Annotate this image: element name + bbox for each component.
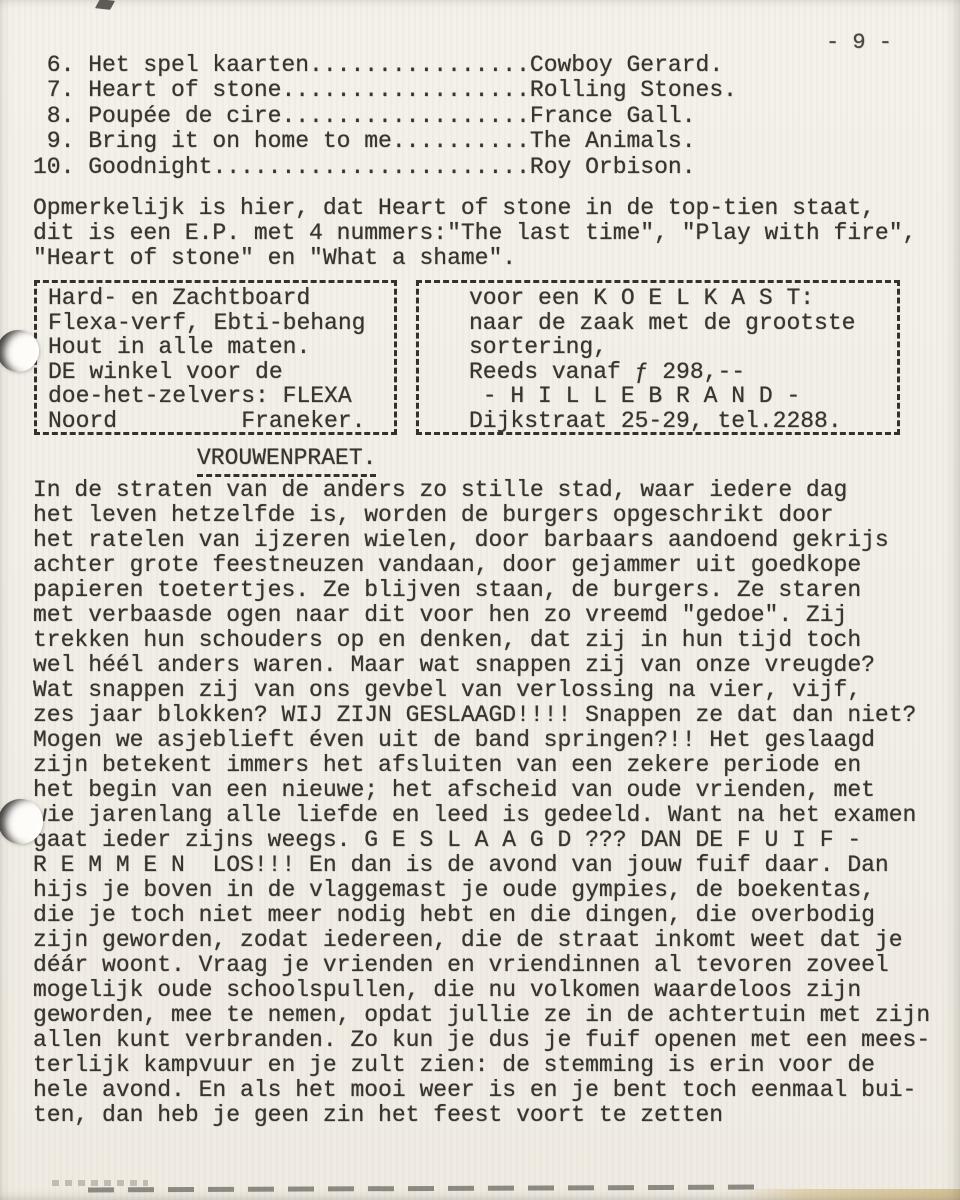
article-line: het ratelen van ijzeren wielen, door bar… bbox=[33, 528, 930, 553]
ad-line: Dijkstraat 25-29, tel.2288. bbox=[469, 409, 897, 434]
bottom-edge-stain bbox=[738, 1189, 960, 1200]
ad-line: Hard- en Zachtboard bbox=[48, 286, 394, 311]
scanned-page: - 9 - 6.Het spel kaarten................… bbox=[0, 0, 960, 1200]
article-body: In de straten van de anders zo stille st… bbox=[33, 478, 930, 1128]
intro-line: "Heart of stone" en "What a shame". bbox=[33, 246, 916, 271]
article-line: trekken hun schouders op en denken, dat … bbox=[33, 628, 930, 653]
ad-line: DE winkel voor de bbox=[48, 360, 394, 385]
song-title: Het spel kaarten bbox=[88, 52, 309, 78]
song-rank: 9. bbox=[33, 129, 74, 154]
song-rank: 6. bbox=[33, 53, 74, 78]
article-line: ten, dan heb je geen zin het feest voort… bbox=[33, 1103, 930, 1128]
article-line: wel héél anders waren. Maar wat snappen … bbox=[33, 653, 930, 678]
ad-line: doe-het-zelvers: FLEXA bbox=[48, 384, 394, 409]
bottom-edge-smudge bbox=[88, 1185, 760, 1193]
dot-leader: ................ bbox=[309, 52, 530, 78]
ad-line: Reeds vanaf ƒ 298,-- bbox=[469, 360, 897, 385]
intro-line: dit is een E.P. met 4 nummers:"The last … bbox=[33, 221, 916, 246]
bottom-left-smudge bbox=[52, 1180, 148, 1186]
top-ten-row: 10.Goodnight.......................Roy O… bbox=[33, 155, 737, 180]
article-line: zijn betekent immers het afsluiten van e… bbox=[33, 753, 930, 778]
article-line: zijn geworden, zodat iedereen, die de st… bbox=[33, 928, 930, 953]
intro-line: Opmerkelijk is hier, dat Heart of stone … bbox=[33, 196, 916, 221]
article-title: VROUWENPRAET. bbox=[197, 445, 376, 471]
article-line: Mogen we asjeblieft éven uit de band spr… bbox=[33, 728, 930, 753]
article-title-text: VROUWENPRAET. bbox=[197, 445, 376, 477]
top-ten-row: 7.Heart of stone..................Rollin… bbox=[33, 78, 737, 103]
article-line: allen kunt verbranden. Zo kun je dus je … bbox=[33, 1028, 930, 1053]
ad-line: voor een K O E L K A S T: bbox=[469, 286, 897, 311]
dot-leader: .......... bbox=[392, 128, 530, 154]
article-line: papieren toetertjes. Ze blijven staan, d… bbox=[33, 578, 930, 603]
article-line: hele avond. En als het mooi weer is en j… bbox=[33, 1078, 930, 1103]
song-rank: 10. bbox=[33, 155, 74, 180]
song-artist: The Animals. bbox=[530, 128, 696, 154]
dot-leader: .................. bbox=[281, 77, 529, 103]
song-title: Poupée de cire bbox=[88, 103, 281, 129]
article-line: geworden, mee te nemen, opdat jullie ze … bbox=[33, 1003, 930, 1028]
song-artist: Rolling Stones. bbox=[530, 77, 737, 103]
page-number: - 9 - bbox=[826, 30, 892, 55]
ad-line: Flexa-verf, Ebti-behang bbox=[48, 311, 394, 336]
article-line: zes jaar blokken? WIJ ZIJN GESLAAGD!!!! … bbox=[33, 703, 930, 728]
article-line: déár woont. Vraag je vrienden en vriendi… bbox=[33, 953, 930, 978]
top-ten-row: 9.Bring it on home to me..........The An… bbox=[33, 129, 737, 154]
article-line: hijs je boven in de vlaggemast je oude g… bbox=[33, 878, 930, 903]
ad-box-hillebrand: voor een K O E L K A S T: naar de zaak m… bbox=[416, 280, 900, 435]
ad-line: naar de zaak met de grootste bbox=[469, 311, 897, 336]
ad-line: sortering, bbox=[469, 335, 897, 360]
article-line: wie jarenlang alle liefde en leed is ged… bbox=[33, 803, 930, 828]
intro-paragraph: Opmerkelijk is hier, dat Heart of stone … bbox=[33, 196, 916, 271]
article-line: R E M M E N LOS!!! En dan is de avond va… bbox=[33, 853, 930, 878]
article-line: het leven hetzelfde is, worden de burger… bbox=[33, 503, 930, 528]
article-line: die je toch niet meer nodig hebt en die … bbox=[33, 903, 930, 928]
ad-line: Hout in alle maten. bbox=[48, 335, 394, 360]
article-line: achter grote feestneuzen vandaan, door g… bbox=[33, 553, 930, 578]
song-artist: Cowboy Gerard. bbox=[530, 52, 723, 78]
song-artist: Roy Orbison. bbox=[530, 154, 696, 180]
ad-box-flexa: Hard- en Zachtboard Flexa-verf, Ebti-beh… bbox=[34, 280, 397, 435]
article-line: terlijk kampvuur en je zult zien: de ste… bbox=[33, 1053, 930, 1078]
article-line: met verbaasde ogen naar dit voor hen zo … bbox=[33, 603, 930, 628]
song-artist: France Gall. bbox=[530, 103, 696, 129]
article-line: Wat snappen zij van ons gevbel van verlo… bbox=[33, 678, 930, 703]
article-line: gaat ieder zijns weegs. G E S L A A G D … bbox=[33, 828, 930, 853]
ad-line: Noord Franeker. bbox=[48, 409, 394, 434]
song-title: Heart of stone bbox=[88, 77, 281, 103]
top-ten-row: 6.Het spel kaarten................Cowboy… bbox=[33, 53, 737, 78]
top-ten-row: 8.Poupée de cire..................France… bbox=[33, 104, 737, 129]
ad-line: - H I L L E B R A N D - bbox=[469, 384, 897, 409]
dot-leader: .................. bbox=[281, 103, 529, 129]
punch-hole-bottom bbox=[0, 799, 43, 844]
article-line: In de straten van de anders zo stille st… bbox=[33, 478, 930, 503]
top-edge-mark bbox=[95, 0, 115, 10]
dot-leader: ....................... bbox=[212, 154, 529, 180]
song-title: Goodnight bbox=[88, 154, 212, 180]
song-rank: 8. bbox=[33, 104, 74, 129]
song-title: Bring it on home to me bbox=[88, 128, 392, 154]
top-ten-list: 6.Het spel kaarten................Cowboy… bbox=[33, 53, 737, 180]
article-line: mogelijk oude schoolspullen, die nu volk… bbox=[33, 978, 930, 1003]
article-line: het begin van een nieuwe; het afscheid v… bbox=[33, 778, 930, 803]
song-rank: 7. bbox=[33, 78, 74, 103]
